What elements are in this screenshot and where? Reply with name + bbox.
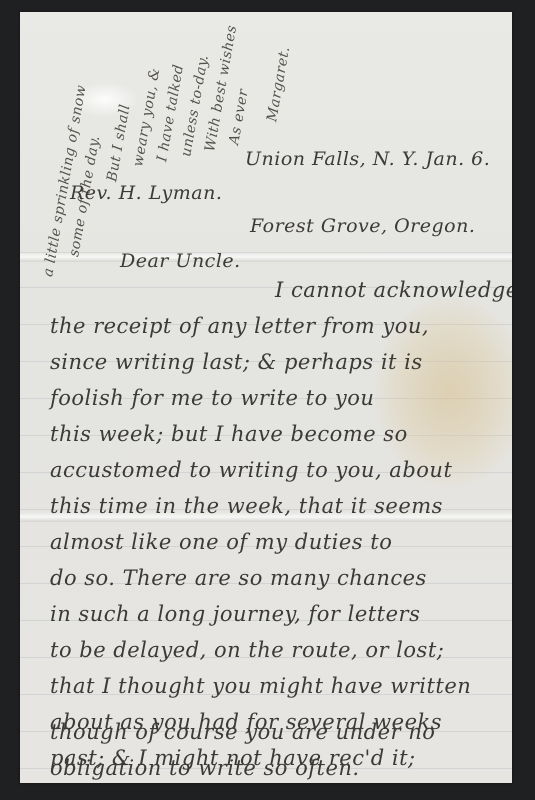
- margin-note: As ever: [226, 88, 252, 146]
- body-line: since writing last; & perhaps it is: [50, 350, 423, 374]
- body-line: accustomed to writing to you, about: [50, 458, 452, 482]
- body-line: in such a long journey, for letters: [50, 602, 420, 626]
- body-line: do so. There are so many chances: [50, 566, 427, 590]
- salutation: Dear Uncle.: [120, 250, 241, 272]
- signature: Margaret.: [264, 45, 293, 123]
- body-line: obligation to write so often.: [50, 756, 360, 780]
- body-line: foolish for me to write to you: [50, 386, 374, 410]
- body-line: that I thought you might have written: [50, 674, 471, 698]
- paper-fold: [20, 252, 512, 262]
- body-line: the receipt of any letter from you,: [50, 314, 429, 338]
- body-line: I cannot acknowledge: [275, 278, 512, 302]
- letter-page: a little sprinkling of snow some of the …: [20, 12, 512, 783]
- body-line: this time in the week, that it seems: [50, 494, 443, 518]
- recipient-location: Forest Grove, Oregon.: [250, 215, 475, 237]
- place-date: Union Falls, N. Y. Jan. 6.: [245, 148, 490, 170]
- recipient-name: Rev. H. Lyman.: [70, 182, 222, 204]
- body-line: to be delayed, on the route, or lost;: [50, 638, 444, 662]
- body-line: this week; but I have become so: [50, 422, 408, 446]
- body-line: almost like one of my duties to: [50, 530, 392, 554]
- body-line: though of course you are under no: [50, 720, 435, 744]
